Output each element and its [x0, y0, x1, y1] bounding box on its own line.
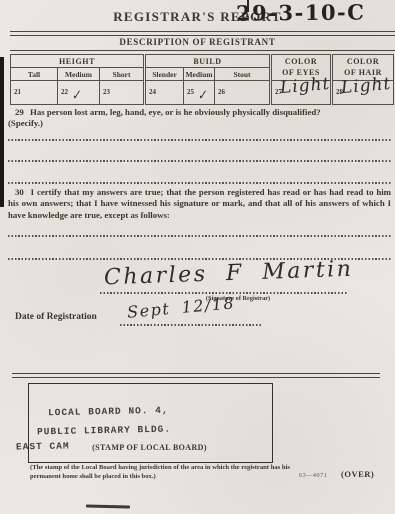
section-title: DESCRIPTION OF REGISTRANT [0, 37, 395, 47]
cell-27-eyes: 27 Light [271, 81, 332, 105]
question-29-text: Has person lost arm, leg, hand, eye, or … [30, 107, 321, 117]
serial-number-stamp: 29-3-10-C [236, 0, 366, 26]
cell-number: 21 [14, 88, 21, 96]
cell-23-short: 23 [100, 81, 145, 105]
registration-date-handwriting: Sept 12/18 [126, 293, 236, 321]
cell-25-medium: 25 ✓ [184, 81, 215, 105]
scan-artifact-mark-bottom [86, 504, 130, 508]
date-line [120, 324, 262, 326]
build-medium-header: Medium [184, 68, 215, 81]
build-stout-header: Stout [215, 68, 271, 81]
cell-26-stout: 26 [215, 81, 271, 105]
eyes-color-handwriting: Light [279, 74, 331, 98]
answer-line [8, 139, 391, 141]
checkmark-height-medium: ✓ [70, 87, 83, 103]
answer-line [8, 182, 391, 184]
over-label: (OVER) [341, 469, 374, 479]
height-short-header: Short [100, 68, 145, 81]
question-30: 30 I certify that my answers are true; t… [8, 187, 391, 221]
answer-line [8, 235, 391, 237]
height-medium-header: Medium [58, 68, 100, 81]
height-group-header: HEIGHT [11, 55, 145, 68]
question-29-number: 29 [15, 107, 24, 117]
height-tall-header: Tall [11, 68, 58, 81]
date-of-registration-label: Date of Registration [15, 312, 97, 322]
stamp-box-instruction-note: (The stamp of the Local Board having jur… [30, 463, 290, 481]
cell-number: 25 [187, 88, 194, 96]
answer-line [8, 160, 391, 162]
cell-number: 24 [149, 88, 156, 96]
build-slender-header: Slender [145, 68, 184, 81]
build-group-header: BUILD [145, 55, 271, 68]
cell-21-tall: 21 [11, 81, 58, 105]
question-30-text: I certify that my answers are true; that… [8, 187, 391, 220]
description-table: HEIGHT BUILD COLOR OF EYES COLOR OF HAIR… [10, 54, 394, 105]
table-value-row: 21 22 ✓ 23 24 25 ✓ 26 [11, 81, 394, 105]
hair-color-handwriting: Light [340, 74, 392, 98]
cell-number: 23 [103, 88, 110, 96]
stamp-artifact-mark [247, 0, 249, 12]
question-30-number: 30 [15, 187, 24, 197]
question-29-specify: (Specify.) [8, 118, 391, 129]
cell-28-hair: 28 Light [332, 81, 394, 105]
form-number: 63—4071 [299, 472, 327, 479]
cell-number: 22 [61, 88, 68, 96]
footer-divider [12, 373, 380, 378]
section-divider [10, 50, 395, 51]
registrar-report-card: REGISTRAR'S REPORT 29-3-10-C DESCRIPTION… [0, 0, 395, 514]
header-divider [10, 31, 395, 36]
question-29: 29 Has person lost arm, leg, hand, eye, … [8, 107, 391, 130]
registrar-signature-handwriting: Charles F Martin [104, 257, 354, 291]
checkmark-build-medium: ✓ [196, 87, 209, 103]
cell-22-medium: 22 ✓ [58, 81, 100, 105]
cell-number: 26 [218, 88, 225, 96]
table-group-header-row: HEIGHT BUILD COLOR OF EYES COLOR OF HAIR [11, 55, 394, 68]
scan-artifact-bar [0, 57, 4, 207]
stamp-box-printed-caption: (STAMP OF LOCAL BOARD) [28, 443, 271, 452]
cell-24-slender: 24 [145, 81, 184, 105]
